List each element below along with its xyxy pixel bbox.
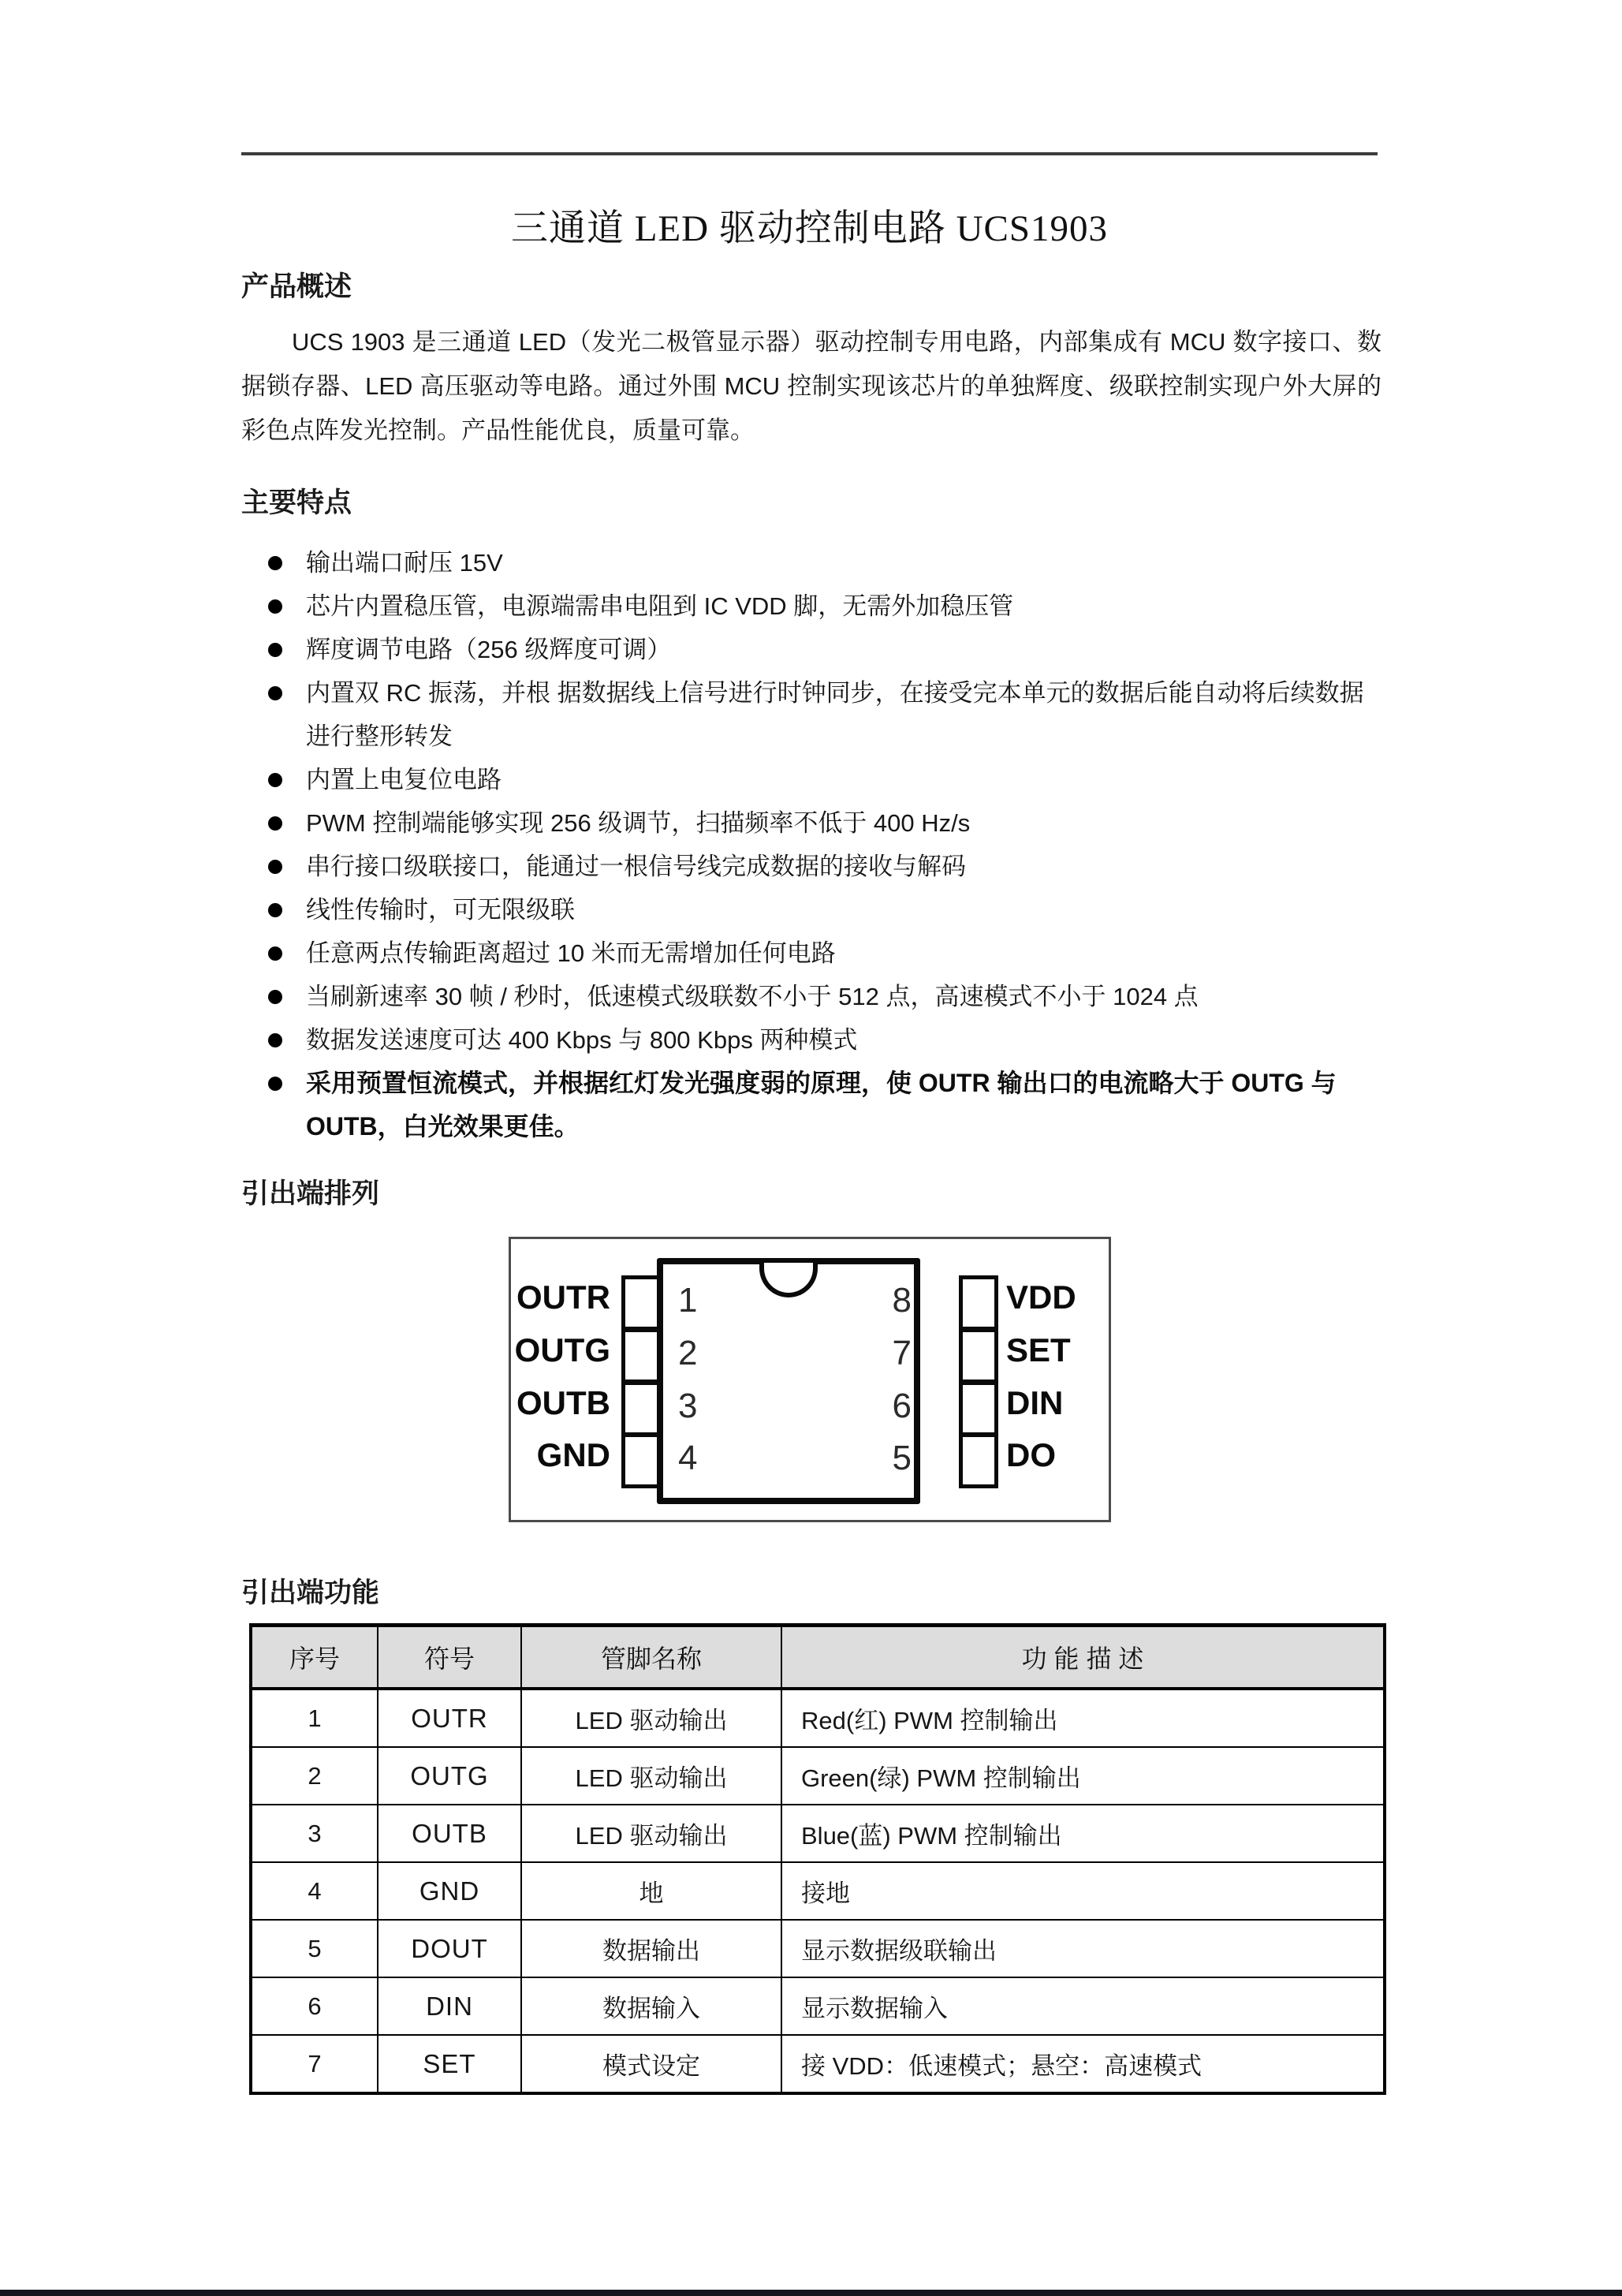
pin-box-din: [959, 1381, 998, 1436]
table-cell-description: 显示数据级联输出: [782, 1921, 1383, 1978]
table-cell-symbol: DIN: [378, 1978, 522, 2036]
table-cell-symbol: OUTR: [378, 1690, 522, 1748]
feature-item: 当刷新速率 30 帧 / 秒时，低速模式级联数不小于 512 点，高速模式不小于…: [267, 975, 1381, 1018]
feature-list: 输出端口耐压 15V芯片内置稳压管，电源端需串电阻到 IC VDD 脚，无需外加…: [267, 541, 1381, 1148]
pin-label-do: DO: [1006, 1432, 1056, 1479]
pin-number: 1: [678, 1277, 697, 1324]
features-heading: 主要特点: [241, 481, 352, 521]
pin-number: 2: [678, 1330, 697, 1377]
pin-functions-heading: 引出端功能: [241, 1571, 379, 1611]
pin-number: 5: [864, 1435, 912, 1482]
chip-notch-icon: [759, 1263, 818, 1297]
table-cell-description: 接地: [782, 1863, 1383, 1921]
pin-label-outr: OUTR: [511, 1274, 610, 1321]
table-cell-description: Red(红) PWM 控制输出: [782, 1690, 1383, 1748]
feature-item: PWM 控制端能够实现 256 级调节，扫描频率不低于 400 Hz/s: [267, 801, 1381, 845]
table-cell-pin_name: 地: [522, 1863, 782, 1921]
table-cell-no: 4: [252, 1863, 378, 1921]
pin-box-outr: [621, 1275, 661, 1331]
feature-item: 线性传输时，可无限级联: [267, 888, 1381, 931]
table-cell-description: Green(绿) PWM 控制输出: [782, 1748, 1383, 1805]
table-cell-no: 2: [252, 1748, 378, 1805]
pin-label-din: DIN: [1006, 1379, 1063, 1427]
table-cell-description: 接 VDD：低速模式；悬空：高速模式: [782, 2036, 1383, 2092]
pin-number: 3: [678, 1383, 697, 1430]
pin-label-vdd: VDD: [1006, 1274, 1076, 1321]
pin-label-gnd: GND: [511, 1432, 610, 1479]
table-cell-no: 6: [252, 1978, 378, 2036]
pin-box-outb: [621, 1381, 661, 1436]
pin-box-gnd: [621, 1433, 661, 1488]
table-cell-symbol: SET: [378, 2036, 522, 2092]
table-cell-pin_name: 模式设定: [522, 2036, 782, 2092]
pin-label-set: SET: [1006, 1327, 1071, 1374]
pin-box-vdd: [959, 1275, 998, 1331]
table-cell-pin_name: 数据输入: [522, 1978, 782, 2036]
pin-box-outg: [621, 1328, 661, 1383]
table-cell-symbol: OUTB: [378, 1805, 522, 1863]
feature-item: 辉度调节电路（256 级辉度可调）: [267, 628, 1381, 671]
overview-paragraph: UCS 1903 是三通道 LED（发光二极管显示器）驱动控制专用电路，内部集成…: [241, 320, 1381, 453]
pin-box-set: [959, 1328, 998, 1383]
table-cell-pin_name: LED 驱动输出: [522, 1690, 782, 1748]
table-cell-no: 1: [252, 1690, 378, 1748]
pin-number: 6: [864, 1383, 912, 1430]
feature-item: 数据发送速度可达 400 Kbps 与 800 Kbps 两种模式: [267, 1018, 1381, 1062]
table-cell-pin_name: LED 驱动输出: [522, 1805, 782, 1863]
pin-box-do: [959, 1433, 998, 1488]
pin-function-table: 序号符号管脚名称功 能 描 述1OUTRLED 驱动输出Red(红) PWM 控…: [249, 1623, 1386, 2095]
feature-item: 采用预置恒流模式，并根据红灯发光强度弱的原理，使 OUTR 输出口的电流略大于 …: [267, 1062, 1381, 1148]
header-rule: [241, 152, 1378, 155]
overview-heading: 产品概述: [241, 265, 352, 304]
feature-item: 内置双 RC 振荡，并根 据数据线上信号进行时钟同步，在接受完本单元的数据后能自…: [267, 671, 1381, 758]
table-cell-description: Blue(蓝) PWM 控制输出: [782, 1805, 1383, 1863]
page-title: 三通道 LED 驱动控制电路 UCS1903: [241, 199, 1378, 252]
feature-item: 串行接口级联接口，能通过一根信号线完成数据的接收与解码: [267, 845, 1381, 888]
pinout-heading: 引出端排列: [241, 1172, 379, 1211]
table-cell-no: 5: [252, 1921, 378, 1978]
feature-item: 任意两点传输距离超过 10 米而无需增加任何电路: [267, 931, 1381, 975]
datasheet-page: 三通道 LED 驱动控制电路 UCS1903 产品概述 UCS 1903 是三通…: [0, 0, 1622, 2296]
table-cell-pin_name: 数据输出: [522, 1921, 782, 1978]
table-header-cell: 符号: [378, 1627, 522, 1690]
table-cell-pin_name: LED 驱动输出: [522, 1748, 782, 1805]
table-cell-symbol: OUTG: [378, 1748, 522, 1805]
pin-number: 4: [678, 1435, 697, 1482]
table-header-cell: 功 能 描 述: [782, 1627, 1383, 1690]
pin-number: 8: [864, 1277, 912, 1324]
feature-item: 内置上电复位电路: [267, 758, 1381, 801]
table-cell-symbol: DOUT: [378, 1921, 522, 1978]
pin-label-outg: OUTG: [511, 1327, 610, 1374]
table-cell-description: 显示数据输入: [782, 1978, 1383, 2036]
table-header-cell: 管脚名称: [522, 1627, 782, 1690]
page-bottom-bar: [0, 2290, 1622, 2296]
table-cell-no: 3: [252, 1805, 378, 1863]
pin-label-outb: OUTB: [511, 1379, 610, 1427]
table-header-cell: 序号: [252, 1627, 378, 1690]
feature-item: 芯片内置稳压管，电源端需串电阻到 IC VDD 脚，无需外加稳压管: [267, 584, 1381, 628]
pinout-diagram: 1OUTR8VDD2OUTG7SET3OUTB6DIN4GND5DO: [509, 1237, 1111, 1522]
table-cell-symbol: GND: [378, 1863, 522, 1921]
pin-number: 7: [864, 1330, 912, 1377]
feature-item: 输出端口耐压 15V: [267, 541, 1381, 584]
table-cell-no: 7: [252, 2036, 378, 2092]
